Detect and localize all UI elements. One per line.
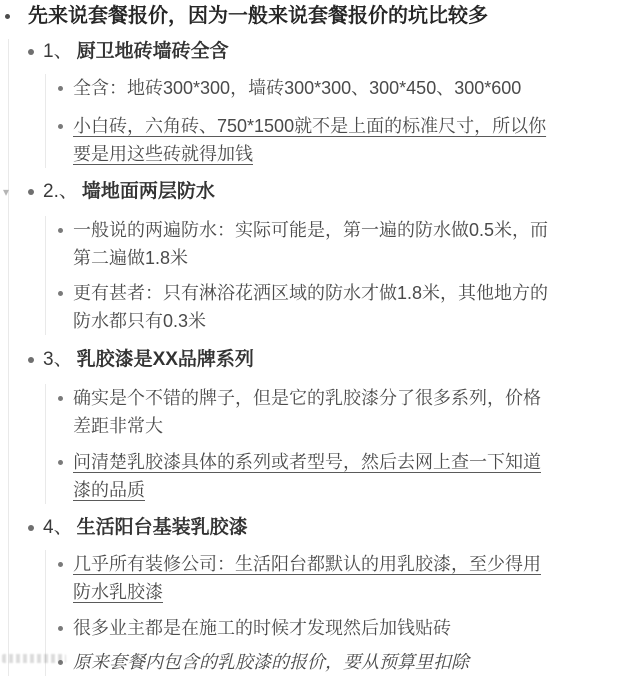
outline-level1-group: 1、 厨卫地砖墙砖全含 全含：地砖300*300，墙砖300*300、300*4… xyxy=(8,39,622,676)
outline-item: 1、 厨卫地砖墙砖全含 全含：地砖300*300，墙砖300*300、300*4… xyxy=(9,39,622,168)
outline-level2-group: 确实是个不错的牌子，但是它的乳胶漆分了很多系列，价格差距非常大 问清楚乳胶漆具体… xyxy=(45,384,622,504)
outline-item-title-row[interactable]: 4、 生活阳台基装乳胶漆 xyxy=(9,515,622,541)
item-number[interactable]: 2.、 xyxy=(43,179,78,205)
outline-subitem-row[interactable]: 问清楚乳胶漆具体的系列或者型号，然后去网上查一下知道漆的品质 xyxy=(46,448,622,504)
item-title[interactable]: 生活阳台基装乳胶漆 xyxy=(77,515,248,541)
item-title[interactable]: 厨卫地砖墙砖全含 xyxy=(77,39,229,65)
collapse-arrow-icon[interactable]: ▾ xyxy=(3,186,9,198)
outline-document: 先来说套餐报价，因为一般来说套餐报价的坑比较多 1、 厨卫地砖墙砖全含 全含：地… xyxy=(0,0,622,676)
bullet-icon[interactable] xyxy=(58,86,63,91)
outline-item-title-row[interactable]: 3、 乳胶漆是XX品牌系列 xyxy=(9,347,622,373)
subitem-text[interactable]: 全含：地砖300*300，墙砖300*300、300*450、300*600 xyxy=(73,74,553,102)
watermark xyxy=(2,654,66,663)
outline-subitem-row[interactable]: 原来套餐内包含的乳胶漆的报价，要从预算里扣除 xyxy=(46,648,622,676)
bullet-icon[interactable] xyxy=(58,396,63,401)
subitem-text[interactable]: 更有甚者：只有淋浴花洒区域的防水才做1.8米，其他地方的防水都只有0.3米 xyxy=(73,279,553,335)
bullet-icon[interactable] xyxy=(58,291,63,296)
bullet-icon[interactable] xyxy=(58,460,63,465)
outline-subitem-row[interactable]: 一般说的两遍防水：实际可能是，第一遍的防水做0.5米，而第二遍做1.8米 xyxy=(46,216,622,272)
bullet-icon[interactable] xyxy=(5,14,10,19)
subitem-text[interactable]: 问清楚乳胶漆具体的系列或者型号，然后去网上查一下知道漆的品质 xyxy=(73,448,553,504)
outline-subitem-row[interactable]: 确实是个不错的牌子，但是它的乳胶漆分了很多系列，价格差距非常大 xyxy=(46,384,622,440)
bullet-icon[interactable] xyxy=(58,228,63,233)
outline-subitem-row[interactable]: 很多业主都是在施工的时候才发现然后加钱贴砖 xyxy=(46,614,622,642)
outline-level2-group: 全含：地砖300*300，墙砖300*300、300*450、300*600 小… xyxy=(45,74,622,168)
outline-heading-row[interactable]: 先来说套餐报价，因为一般来说套餐报价的坑比较多 xyxy=(0,3,622,30)
item-number[interactable]: 1、 xyxy=(43,39,73,65)
subitem-text[interactable]: 很多业主都是在施工的时候才发现然后加钱贴砖 xyxy=(73,614,553,642)
bullet-icon[interactable] xyxy=(28,189,34,195)
outline-item: 4、 生活阳台基装乳胶漆 几乎所有装修公司：生活阳台都默认的用乳胶漆，至少得用防… xyxy=(9,515,622,676)
outline-subitem-row[interactable]: 小白砖，六角砖、750*1500就不是上面的标准尺寸，所以你要是用这些砖就得加钱 xyxy=(46,112,622,168)
heading-text[interactable]: 先来说套餐报价，因为一般来说套餐报价的坑比较多 xyxy=(28,3,488,30)
outline-level2-group: 一般说的两遍防水：实际可能是，第一遍的防水做0.5米，而第二遍做1.8米 更有甚… xyxy=(45,216,622,335)
bullet-icon[interactable] xyxy=(58,124,63,129)
outline-subitem-row[interactable]: 更有甚者：只有淋浴花洒区域的防水才做1.8米，其他地方的防水都只有0.3米 xyxy=(46,279,622,335)
outline-subitem-row[interactable]: 几乎所有装修公司：生活阳台都默认的用乳胶漆，至少得用防水乳胶漆 xyxy=(46,550,622,606)
bullet-icon[interactable] xyxy=(58,562,63,567)
bullet-icon[interactable] xyxy=(28,357,34,363)
item-number[interactable]: 3、 xyxy=(43,347,73,373)
subitem-text[interactable]: 确实是个不错的牌子，但是它的乳胶漆分了很多系列，价格差距非常大 xyxy=(73,384,553,440)
bullet-icon[interactable] xyxy=(28,49,34,55)
outline-level2-group: 几乎所有装修公司：生活阳台都默认的用乳胶漆，至少得用防水乳胶漆 很多业主都是在施… xyxy=(45,550,622,676)
subitem-text[interactable]: 原来套餐内包含的乳胶漆的报价，要从预算里扣除 xyxy=(73,648,553,676)
outline-item: 3、 乳胶漆是XX品牌系列 确实是个不错的牌子，但是它的乳胶漆分了很多系列，价格… xyxy=(9,347,622,504)
outline-item: ▾ 2.、 墙地面两层防水 一般说的两遍防水：实际可能是，第一遍的防水做0.5米… xyxy=(9,179,622,335)
item-number[interactable]: 4、 xyxy=(43,515,73,541)
outline-item-title-row[interactable]: 1、 厨卫地砖墙砖全含 xyxy=(9,39,622,65)
subitem-text[interactable]: 小白砖，六角砖、750*1500就不是上面的标准尺寸，所以你要是用这些砖就得加钱 xyxy=(73,112,553,168)
bullet-icon[interactable] xyxy=(58,626,63,631)
subitem-text[interactable]: 一般说的两遍防水：实际可能是，第一遍的防水做0.5米，而第二遍做1.8米 xyxy=(73,216,553,272)
subitem-text[interactable]: 几乎所有装修公司：生活阳台都默认的用乳胶漆，至少得用防水乳胶漆 xyxy=(73,550,553,606)
item-title[interactable]: 墙地面两层防水 xyxy=(82,179,215,205)
outline-item-title-row[interactable]: ▾ 2.、 墙地面两层防水 xyxy=(9,179,622,205)
bullet-icon[interactable] xyxy=(28,525,34,531)
item-title[interactable]: 乳胶漆是XX品牌系列 xyxy=(77,347,254,373)
outline-subitem-row[interactable]: 全含：地砖300*300，墙砖300*300、300*450、300*600 xyxy=(46,74,622,102)
